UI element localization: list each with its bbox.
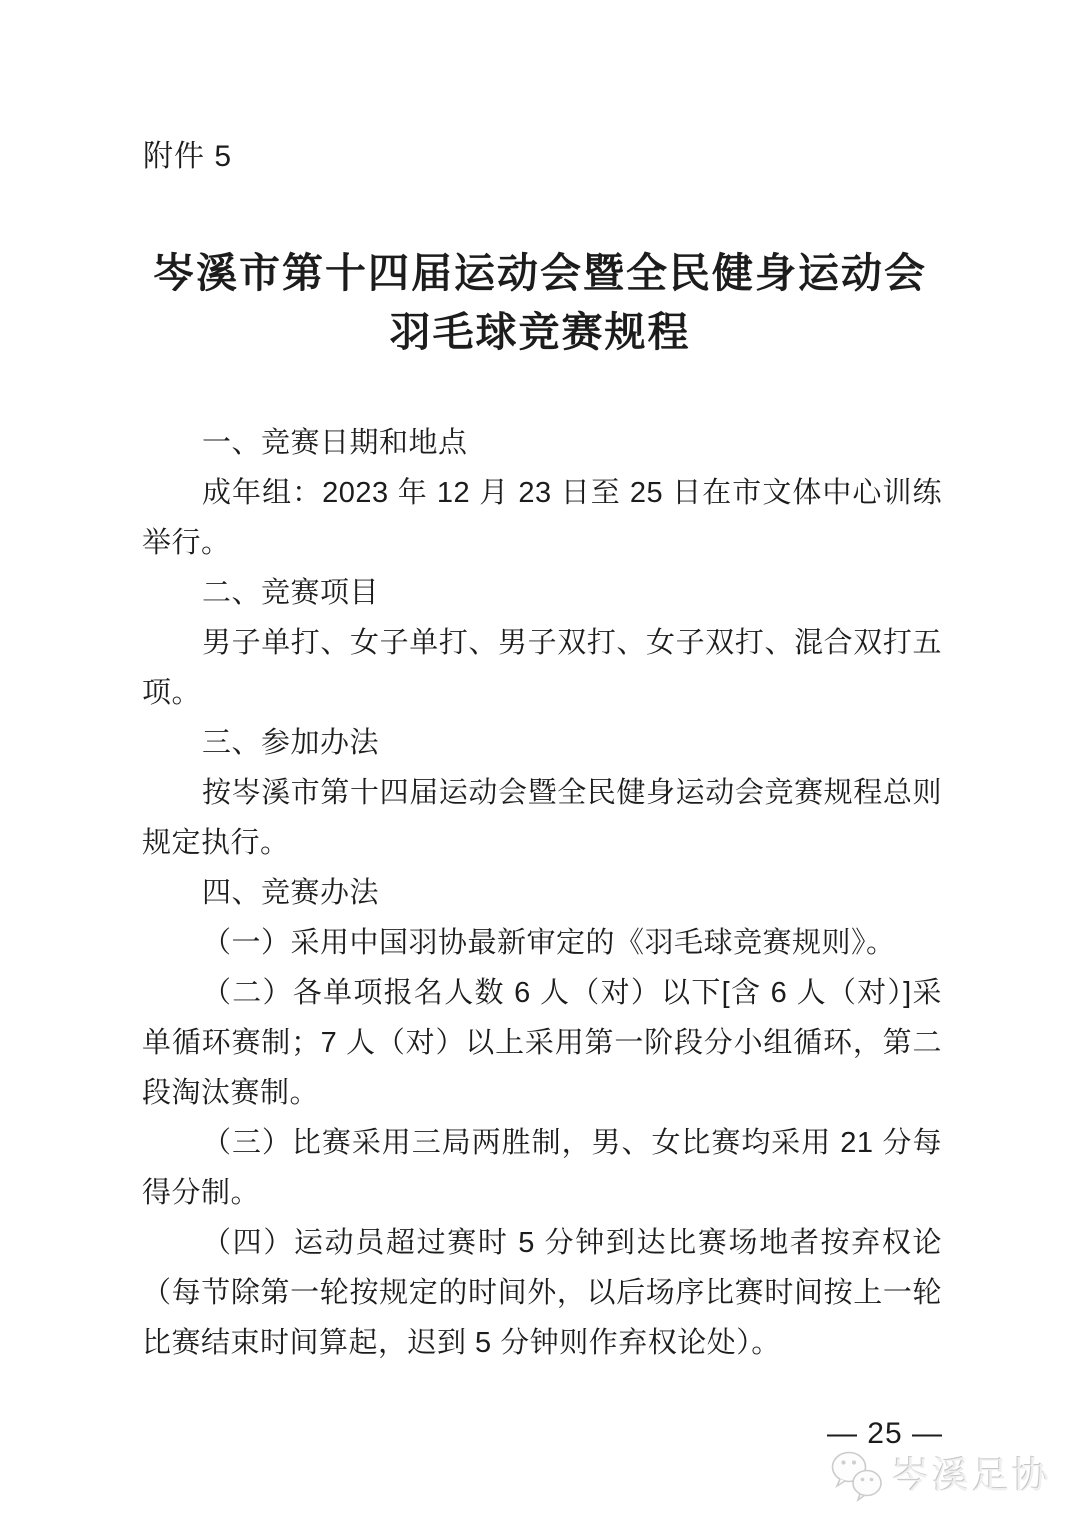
watermark-text: 岑溪足协 [892,1451,1052,1501]
body-line: 得分制。 [142,1168,942,1218]
body-line: （四）运动员超过赛时 5 分钟到达比赛场地者按弃权论处 [142,1218,942,1268]
body-line: 男子单打、女子单打、男子双打、女子双打、混合双打五 [142,618,942,668]
section-3-heading: 三、参加办法 [142,718,942,768]
body-line: （二）各单项报名人数 6 人（对）以下[含 6 人（对）]采用 [142,968,942,1018]
document-page: 附件 5 岑溪市第十四届运动会暨全民健身运动会 羽毛球竞赛规程 一、竞赛日期和地… [0,0,1080,1526]
document-title-line-2: 羽毛球竞赛规程 [0,303,1080,362]
body-line: （三）比赛采用三局两胜制，男、女比赛均采用 21 分每球 [142,1118,942,1168]
body-line: （一）采用中国羽协最新审定的《羽毛球竞赛规则》。 [142,918,942,968]
document-body: 一、竞赛日期和地点 成年组：2023 年 12 月 23 日至 25 日在市文体… [142,418,942,1368]
watermark: 岑溪足协 [830,1450,1052,1502]
body-line: 举行。 [142,518,942,568]
body-line: （每节除第一轮按规定的时间外，以后场序比赛时间按上一轮 [142,1268,942,1318]
page-number: — 25 — [827,1419,943,1449]
wechat-icon [830,1450,884,1502]
document-title: 岑溪市第十四届运动会暨全民健身运动会 羽毛球竞赛规程 [0,244,1080,362]
body-line: 单循环赛制；7 人（对）以上采用第一阶段分小组循环，第二阶 [142,1018,942,1068]
body-line: 规定执行。 [142,818,942,868]
body-line: 按岑溪市第十四届运动会暨全民健身运动会竞赛规程总则 [142,768,942,818]
document-title-line-1: 岑溪市第十四届运动会暨全民健身运动会 [0,244,1080,303]
attachment-label: 附件 5 [143,140,232,174]
body-line: 成年组：2023 年 12 月 23 日至 25 日在市文体中心训练馆 [142,468,942,518]
section-4-heading: 四、竞赛办法 [142,868,942,918]
body-line: 项。 [142,668,942,718]
section-1-heading: 一、竞赛日期和地点 [142,418,942,468]
body-line: 段淘汰赛制。 [142,1068,942,1118]
section-2-heading: 二、竞赛项目 [142,568,942,618]
body-line: 比赛结束时间算起，迟到 5 分钟则作弃权论处）。 [142,1318,942,1368]
